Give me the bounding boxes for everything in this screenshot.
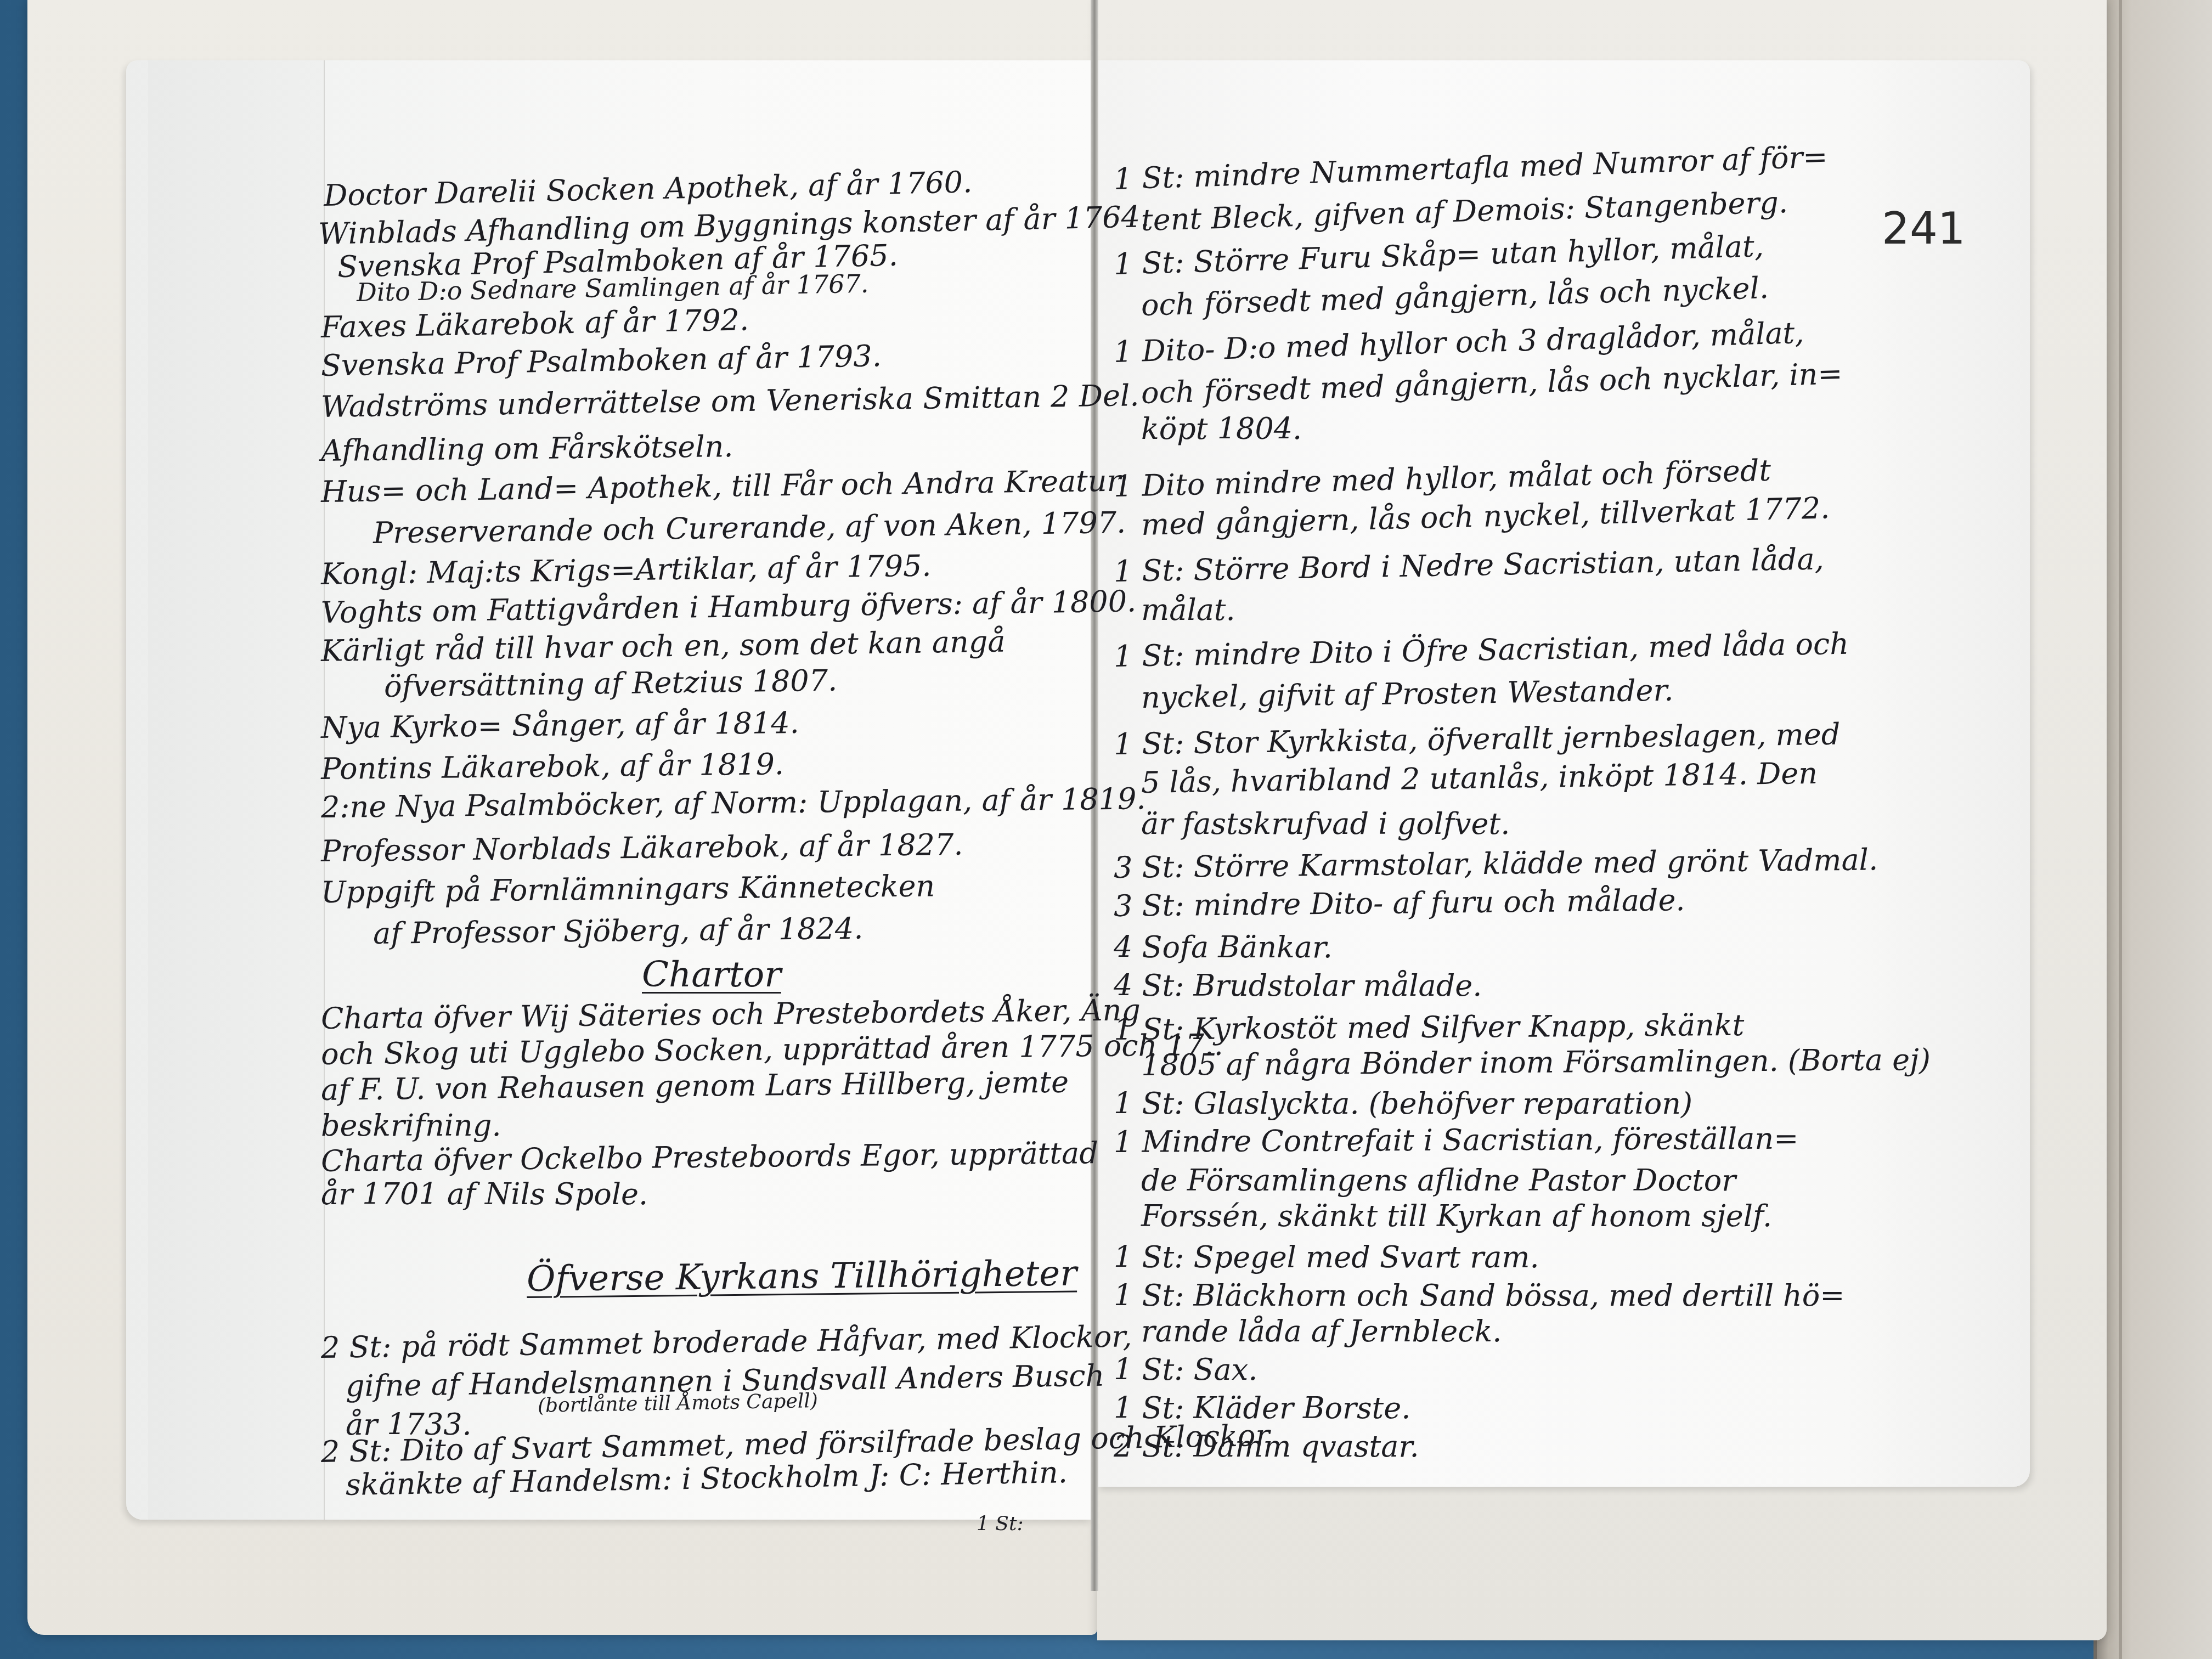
line: och Skog uti Ugglebo Socken, upprättad å…	[321, 1030, 1223, 1069]
mounting-board	[2093, 0, 2212, 1659]
line: köpt 1804.	[1141, 414, 1302, 444]
line: 2 St: Damm qvastar.	[1114, 1432, 1419, 1462]
line: år 1701 af Nils Spole.	[321, 1180, 648, 1209]
line: 3 St: Större Karmstolar, klädde med grön…	[1114, 845, 1878, 883]
line: Faxes Läkarebok af år 1792.	[321, 305, 749, 342]
line: Charta öfver Ockelbo Presteboords Egor, …	[321, 1138, 1098, 1176]
line: 1 Mindre Contrefait i Sacristian, förest…	[1114, 1124, 1799, 1157]
line: målat.	[1141, 595, 1235, 625]
line: de Församlingens aflidne Pastor Doctor	[1141, 1166, 1736, 1195]
section-heading-chartor: Chartor	[642, 957, 781, 992]
annotation: (bortlånte till Åmots Capell)	[538, 1391, 818, 1416]
line: Uppgift på Fornlämningars Kännetecken	[321, 871, 935, 907]
line: af F. U. von Rehausen genom Lars Hillber…	[321, 1068, 1069, 1105]
line: 4 St: Brudstolar målade.	[1114, 971, 1482, 1001]
line: Professor Norblads Läkarebok, af år 1827…	[321, 830, 963, 866]
line: 3 St: mindre Dito- af furu och målade.	[1114, 885, 1685, 921]
line: 4 Sofa Bänkar.	[1114, 933, 1333, 962]
line: nyckel, gifvit af Prosten Westander.	[1141, 675, 1674, 713]
line: 1805 af några Bönder inom Församlingen. …	[1141, 1045, 1931, 1080]
line: Charta öfver Wij Säteries och Prestebord…	[321, 995, 1141, 1034]
line: af Professor Sjöberg, af år 1824.	[373, 914, 864, 949]
line: Pontins Läkarebok, af år 1819.	[321, 749, 785, 784]
line: är fastskrufvad i golfvet.	[1141, 809, 1510, 839]
left-page-underlay	[148, 60, 325, 1520]
line: rande låda af Jernbleck.	[1141, 1317, 1502, 1346]
line: 5 lås, hvaribland 2 utanlås, inköpt 1814…	[1141, 759, 1818, 798]
section-heading-tillhorigheter: Öfverse Kyrkans Tillhörigheter	[527, 1256, 1077, 1297]
line: Afhandling om Fårskötseln.	[321, 432, 733, 466]
line: Forssén, skänkt till Kyrkan af honom sje…	[1141, 1201, 1772, 1231]
line: 1 St: Sax.	[1114, 1355, 1257, 1385]
line: 1 St: Glaslyckta. (behöfver reparation)	[1114, 1089, 1692, 1119]
page-number: 241	[1882, 203, 1966, 254]
catchword: 1 St:	[977, 1514, 1024, 1534]
line: öfversättning af Retzius 1807.	[384, 665, 838, 702]
line: 1 St: Kläder Borste.	[1114, 1393, 1410, 1423]
line: 2:ne Nya Psalmböcker, af Norm: Upplagan,…	[321, 784, 1146, 822]
line: 1 St: Bläckhorn och Sand bössa, med dert…	[1114, 1281, 1845, 1311]
line: Nya Kyrko= Sånger, af år 1814.	[321, 708, 799, 743]
line: beskrifning.	[321, 1111, 501, 1141]
line: 1 St: Spegel med Svart ram.	[1114, 1243, 1539, 1272]
line: Kongl: Maj:ts Krigs=Artiklar, af år 1795…	[321, 551, 932, 589]
line: 1 St: Kyrkostöt med Silfver Knapp, skänk…	[1114, 1011, 1745, 1045]
